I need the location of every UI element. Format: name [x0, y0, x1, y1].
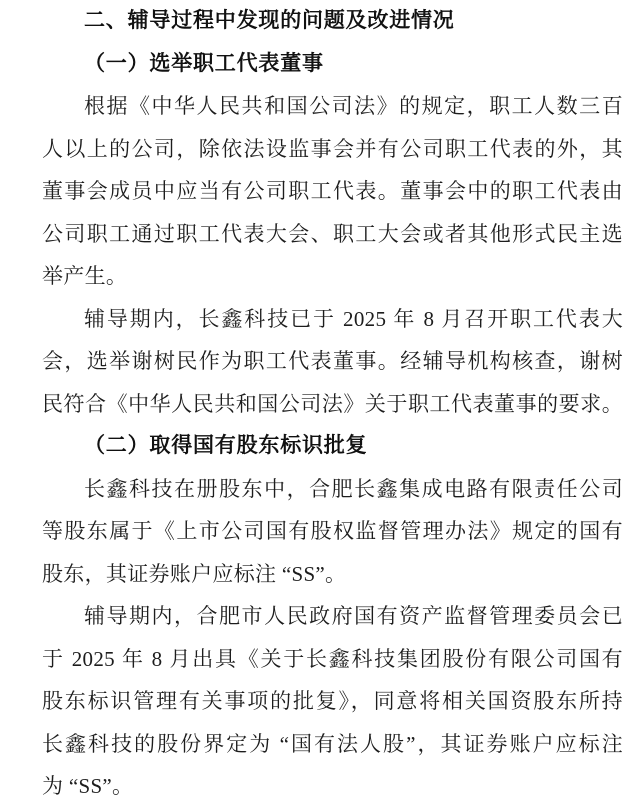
body-text-line: 董事会成员中应当有公司职工代表。董事会中的职工代表由 [42, 170, 623, 213]
body-text-line: 辅导期内，长鑫科技已于 2025 年 8 月召开职工代表大 [42, 298, 623, 341]
section-heading-line: （二）取得国有股东标识批复 [42, 425, 623, 468]
section-heading-line: （一）选举职工代表董事 [42, 43, 623, 86]
body-text-line: 股东，其证券账户应标注 “SS”。 [42, 553, 623, 596]
section-heading-line: 二、辅导过程中发现的问题及改进情况 [42, 0, 623, 43]
body-text-line: 人以上的公司，除依法设监事会并有公司职工代表的外，其 [42, 128, 623, 171]
body-text-line: 于 2025 年 8 月出具《关于长鑫科技集团股份有限公司国有 [42, 638, 623, 681]
text-column: 二、辅导过程中发现的问题及改进情况（一）选举职工代表董事根据《中华人民共和国公司… [42, 0, 623, 807]
body-text-line: 等股东属于《上市公司国有股权监督管理办法》规定的国有 [42, 510, 623, 553]
body-text-line: 公司职工通过职工代表大会、职工大会或者其他形式民主选 [42, 213, 623, 256]
body-text-line: 辅导期内，合肥市人民政府国有资产监督管理委员会已 [42, 595, 623, 638]
body-text-line: 长鑫科技在册股东中，合肥长鑫集成电路有限责任公司 [42, 468, 623, 511]
document-page: 二、辅导过程中发现的问题及改进情况（一）选举职工代表董事根据《中华人民共和国公司… [0, 0, 640, 807]
body-text-line: 股东标识管理有关事项的批复》，同意将相关国资股东所持 [42, 680, 623, 723]
body-text-line: 为 “SS”。 [42, 765, 623, 807]
body-text-line: 会，选举谢树民作为职工代表董事。经辅导机构核查，谢树 [42, 340, 623, 383]
body-text-line: 根据《中华人民共和国公司法》的规定，职工人数三百 [42, 85, 623, 128]
body-text-line: 长鑫科技的股份界定为 “国有法人股”，其证券账户应标注 [42, 723, 623, 766]
body-text-line: 民符合《中华人民共和国公司法》关于职工代表董事的要求。 [42, 383, 623, 426]
body-text-line: 举产生。 [42, 255, 623, 298]
